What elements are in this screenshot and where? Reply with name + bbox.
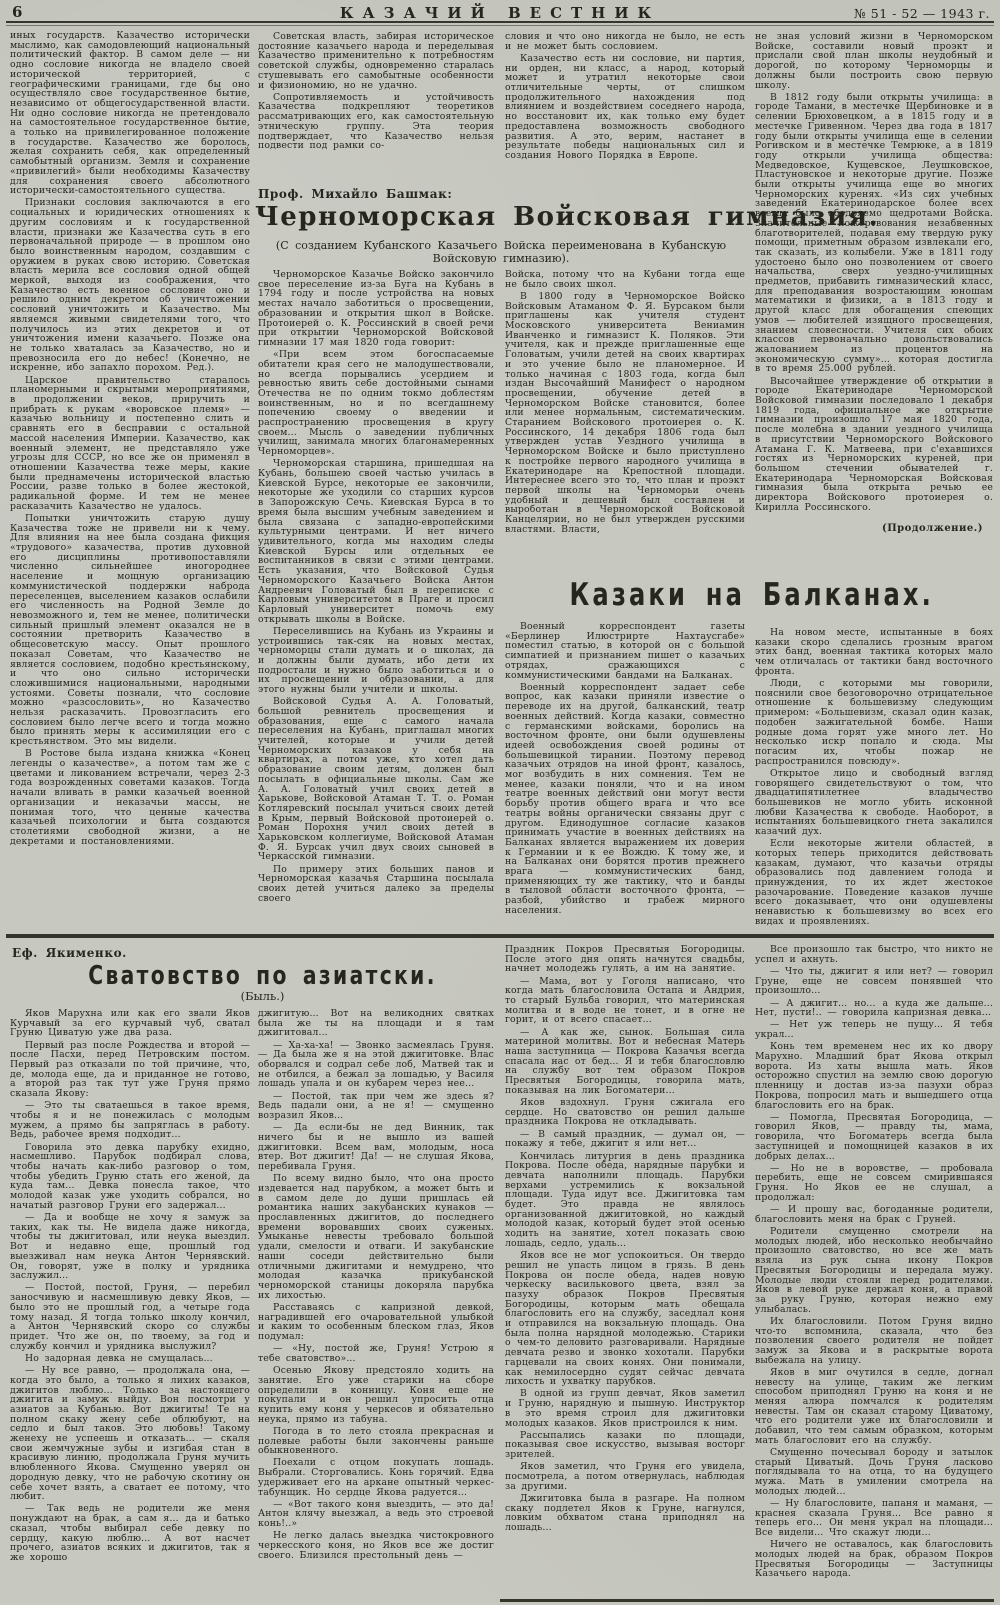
balkans-col-a: Военный корреспондент газеты «Берлинер И…: [505, 622, 745, 932]
paragraph: — Постой, так при чем же здесь я? Ведь п…: [258, 1092, 494, 1121]
svatovstvo-title-text: Сватовство по азиатски.: [85, 961, 440, 991]
gymnasium-subtitle: (С созданием Кубанского Казачьего Войска…: [262, 240, 740, 265]
paragraph: В 1800 году в Черноморское Войско Войско…: [505, 292, 745, 535]
paragraph: — Ха-ха-ха! — Звонко засмеялась Груня. —…: [258, 1041, 494, 1090]
paragraph: — Ну все равно, — продолжала она, — когд…: [10, 1366, 250, 1502]
paragraph: — Мама, вот у Гоголя написано, что когда…: [505, 977, 745, 1026]
paragraph: — Помогла, Пресвятая Богородица, — говор…: [755, 1113, 993, 1162]
paragraph: Конь тем временем нес их ко двору Марухн…: [755, 1042, 993, 1110]
svatovstvo-byline: Еф. Якименко.: [12, 946, 127, 960]
paragraph: Родители смущенно смотрели на молодых лю…: [755, 1227, 993, 1314]
paragraph: иных государств. Казачество исторически …: [10, 31, 250, 196]
paragraph: — И прошу вас, богоданные родители, благ…: [755, 1205, 993, 1224]
paragraph: Черноморская старшина, пришедшая на Куба…: [258, 459, 494, 624]
paragraph: Поехали с отцом покупать лошадь. Выбрали…: [258, 1458, 494, 1497]
paragraph: словия и что оно никогда не было, не ест…: [505, 32, 745, 51]
paragraph: Военный корреспондент задает себе вопрос…: [505, 683, 745, 916]
paragraph: Попытки уничтожить старую душу Казачеств…: [10, 514, 250, 747]
newspaper-page: { "page": { "paper_color": "#c7c8c0", "i…: [0, 0, 1000, 1605]
paragraph: Черноморское Казачье Войско закончило св…: [258, 270, 494, 348]
gymnasium-continuation-note: (Продолжение.): [755, 523, 983, 534]
paragraph: Не легко далась выездка чистокровного че…: [258, 1531, 494, 1560]
paragraph: Царское правительство старалось планомер…: [10, 376, 250, 512]
paragraph: Переселившись на Кубань из Украины и уст…: [258, 627, 494, 695]
paragraph: Люди, с которыми мы говорили, пояснили с…: [755, 679, 993, 766]
paragraph: Признаки сословия заключаются в его соци…: [10, 198, 250, 373]
paragraph: Их благословили. Потом Груня видно что-т…: [755, 1317, 993, 1366]
paragraph: — Но не в воровстве, — пробовала перебит…: [755, 1164, 993, 1203]
paragraph: Войсковой Судья А. А. Головатый, большой…: [258, 697, 494, 862]
paragraph: Яков Марухна или как его звали Яков Курч…: [10, 1009, 250, 1038]
lead-article-col-3: словия и что оно никогда не было, не ест…: [505, 32, 745, 182]
paragraph: — Да если-бы не дед Винник, так ничего б…: [258, 1123, 494, 1172]
paragraph: — Так ведь не родители же меня понуждают…: [10, 1504, 250, 1562]
paragraph: На новом месте, испытанные в боях казаки…: [755, 628, 993, 677]
paragraph: Советская власть, забирая историческое д…: [258, 32, 494, 90]
svatovstvo-title: Сватовство по азиатски.: [35, 961, 490, 991]
paragraph: «При всем этом богоспасаемые обитатели к…: [258, 350, 494, 457]
paragraph: — Ну благословите, папаня и маманя, — кр…: [755, 1499, 993, 1538]
svatovstvo-col-1: Яков Марухна или как его звали Яков Курч…: [10, 1009, 250, 1599]
paragraph: — Нет уж теперь не пущу... Я тебя украл.…: [755, 1020, 993, 1039]
gymnasium-col-b: Войска, потому что на Кубани тогда еще н…: [505, 270, 745, 584]
paragraph: Военный корреспондент газеты «Берлинер И…: [505, 622, 745, 680]
paragraph: — В самый праздник, — думал он, — покажу…: [505, 1130, 745, 1149]
balkans-title: Казаки на Балканах.: [520, 577, 970, 613]
paragraph: Яков заметил, что Груня его увидела, пос…: [505, 1462, 745, 1491]
gymnasium-title: Черноморская Войсковая гимназия.: [255, 202, 747, 232]
bottom-rule: [500, 1599, 994, 1602]
svatovstvo-subtitle: (Быль.): [35, 989, 490, 1003]
paragraph: Первый раз после Рождества и второй — по…: [10, 1041, 250, 1099]
paragraph: Но задорная девка не смущалась...: [10, 1354, 250, 1364]
paragraph: В Ростове была издана книжка «Конец леге…: [10, 749, 250, 846]
paragraph: — Да и вообще не хочу я замуж за таких, …: [10, 1213, 250, 1281]
svatovstvo-col-3: Праздник Покров Пресвятыя Богородицы. По…: [505, 945, 745, 1597]
paragraph: Высочайшее утверждение об открытии в гор…: [755, 377, 993, 513]
paragraph: Все произошло так быстро, что никто не у…: [755, 945, 993, 964]
masthead-rule-thin: [6, 25, 994, 26]
paragraph: — «Ну, постой же, Груня! Устрою я тебе с…: [258, 1344, 494, 1363]
paragraph: Говорила это девка парубку ехидно, насме…: [10, 1143, 250, 1211]
svatovstvo-col-2: джигитую... Вот на великодних святках бы…: [258, 1009, 494, 1599]
gymnasium-col-c: не зная условий жизни в Черноморском Вой…: [755, 32, 993, 522]
paragraph: По примеру этих больших панов и Черномор…: [258, 865, 494, 904]
paragraph: Яков вздохнул. Груня сжигала его сердце.…: [505, 1098, 745, 1127]
paragraph: Ничего не оставалось, как благословить м…: [755, 1540, 993, 1579]
gymnasium-byline: Проф. Михайло Башмак:: [258, 187, 452, 201]
paragraph: — Это ты сватаешься в такое время, чтобы…: [10, 1101, 250, 1140]
paragraph: Рассыпались казаки по площади, показывая…: [505, 1431, 745, 1460]
lead-article-col-2: Советская власть, забирая историческое д…: [258, 32, 494, 182]
balkans-title-text: Казаки на Балканах.: [570, 577, 921, 613]
paragraph: Расставаясь с капризной девкой, наградив…: [258, 1303, 494, 1342]
paragraph: джигитую... Вот на великодних святках бы…: [258, 1009, 494, 1038]
newspaper-title: КАЗАЧИЙ ВЕСТНИК: [0, 4, 1000, 22]
paragraph: — А джигит... но... а куда же дальше... …: [755, 999, 993, 1018]
paragraph: Погода в то лето стояла прекрасная и пол…: [258, 1427, 494, 1456]
lead-article-col-1: иных государств. Казачество исторически …: [10, 31, 250, 929]
paragraph: Смущенно почесывал бороду и затылок стар…: [755, 1448, 993, 1497]
paragraph: не зная условий жизни в Черноморском Вой…: [755, 32, 993, 90]
paragraph: Сопротивляемость и устойчивость Казачест…: [258, 93, 494, 151]
issue-number: № 51 - 52 — 1943 г.: [854, 6, 990, 21]
svatovstvo-col-4: Все произошло так быстро, что никто не у…: [755, 945, 993, 1597]
masthead-rule: [6, 21, 994, 23]
paragraph: Кончилась литургия в день праздника Покр…: [505, 1152, 745, 1249]
paragraph: Яков в миг очутился в седле, догнал неве…: [755, 1368, 993, 1446]
balkans-col-b: На новом месте, испытанные в боях казаки…: [755, 628, 993, 932]
paragraph: — А как же, сынок. Большая сила материно…: [505, 1028, 745, 1096]
paragraph: Казачество есть ни сословие, ни партия, …: [505, 54, 745, 161]
paragraph: — «Вот такого коня выездить, — это да! А…: [258, 1500, 494, 1529]
paragraph: Джигитовка была в разгаре. На полном ска…: [505, 1494, 745, 1533]
paragraph: Яков все не мог успокоиться. Он твердо р…: [505, 1251, 745, 1387]
paragraph: Если некоторые жители областей, в которы…: [755, 839, 993, 926]
paragraph: Войска, потому что на Кубани тогда еще н…: [505, 270, 745, 289]
paragraph: В одной из групп девчат, Яков заметил и …: [505, 1389, 745, 1428]
paragraph: По всему видно было, что она просто изде…: [258, 1174, 494, 1300]
section-divider-rule: [6, 934, 994, 938]
paragraph: Праздник Покров Пресвятыя Богородицы. По…: [505, 945, 745, 974]
paragraph: Осенью Якову предстояло ходить на заняти…: [258, 1366, 494, 1424]
paragraph: — Постой, постой, Груня, — перебил занос…: [10, 1283, 250, 1351]
paragraph: — Что ты, джигит я или нет? — говорил Гр…: [755, 967, 993, 996]
gymnasium-col-a: Черноморское Казачье Войско закончило св…: [258, 270, 494, 930]
paragraph: Открытое лицо и свободный взгляд говорящ…: [755, 769, 993, 837]
paragraph: В 1812 году были открыты училища: в горо…: [755, 93, 993, 374]
